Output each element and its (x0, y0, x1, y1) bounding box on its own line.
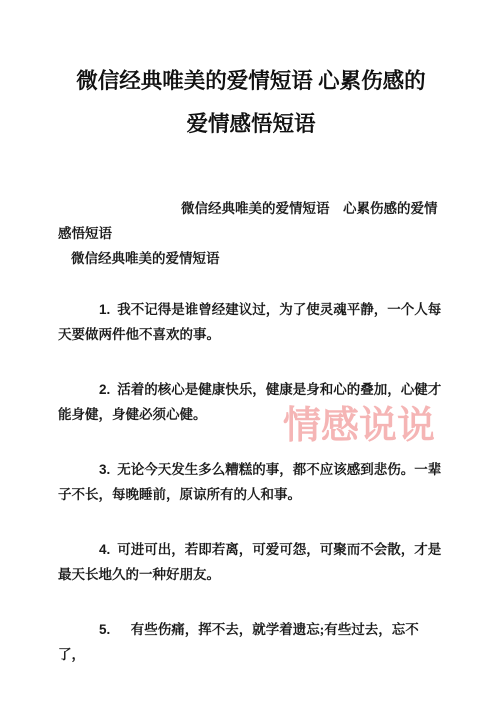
item-text: 活着的核心是健康快乐，健康是身和心的叠加，心健才能身健，身健必须心健。 (58, 382, 441, 422)
item-text: 有些伤痛，挥不去，就学着遗忘;有些过去，忘不了， (58, 622, 419, 662)
item-number: 2. (99, 382, 110, 397)
quote-item-1: 1.我不记得是谁曾经建议过，为了使灵魂平静，一个人每天要做两件他不喜欢的事。 (58, 297, 444, 347)
page-title: 微信经典唯美的爱情短语 心累伤感的 爱情感悟短语 (58, 60, 444, 146)
intro-block: 微信经典唯美的爱情短语 心累伤感的爱情感悟短语 微信经典唯美的爱情短语 (58, 196, 444, 271)
quote-item-2: 2.活着的核心是健康快乐，健康是身和心的叠加，心健才能身健，身健必须心健。 (58, 377, 444, 427)
quote-item-4: 4.可进可出，若即若离，可爱可怨，可聚而不会散，才是最天长地久的一种好朋友。 (58, 537, 444, 587)
item-text: 我不记得是谁曾经建议过，为了使灵魂平静，一个人每天要做两件他不喜欢的事。 (58, 302, 441, 342)
item-number: 4. (99, 542, 110, 557)
page-title-line-2: 爱情感悟短语 (58, 103, 444, 146)
quote-item-5: 5. 有些伤痛，挥不去，就学着遗忘;有些过去，忘不了， (58, 617, 444, 667)
intro-paragraph-1: 微信经典唯美的爱情短语 心累伤感的爱情感悟短语 (58, 196, 444, 246)
item-number: 1. (99, 302, 110, 317)
item-text: 可进可出，若即若离，可爱可怨，可聚而不会散，才是最天长地久的一种好朋友。 (58, 542, 441, 582)
quote-item-3: 3.无论今天发生多么糟糕的事，都不应该感到悲伤。一辈子不长，每晚睡前，原谅所有的… (58, 457, 444, 507)
intro-paragraph-2: 微信经典唯美的爱情短语 (58, 246, 444, 271)
item-text: 无论今天发生多么糟糕的事，都不应该感到悲伤。一辈子不长，每晚睡前，原谅所有的人和… (58, 462, 441, 502)
quote-list: 1.我不记得是谁曾经建议过，为了使灵魂平静，一个人每天要做两件他不喜欢的事。 2… (58, 297, 444, 667)
document-page: 微信经典唯美的爱情短语 心累伤感的 爱情感悟短语 微信经典唯美的爱情短语 心累伤… (0, 0, 500, 707)
item-number: 3. (99, 462, 110, 477)
item-number: 5. (99, 622, 110, 637)
page-title-line-1: 微信经典唯美的爱情短语 心累伤感的 (58, 60, 444, 103)
